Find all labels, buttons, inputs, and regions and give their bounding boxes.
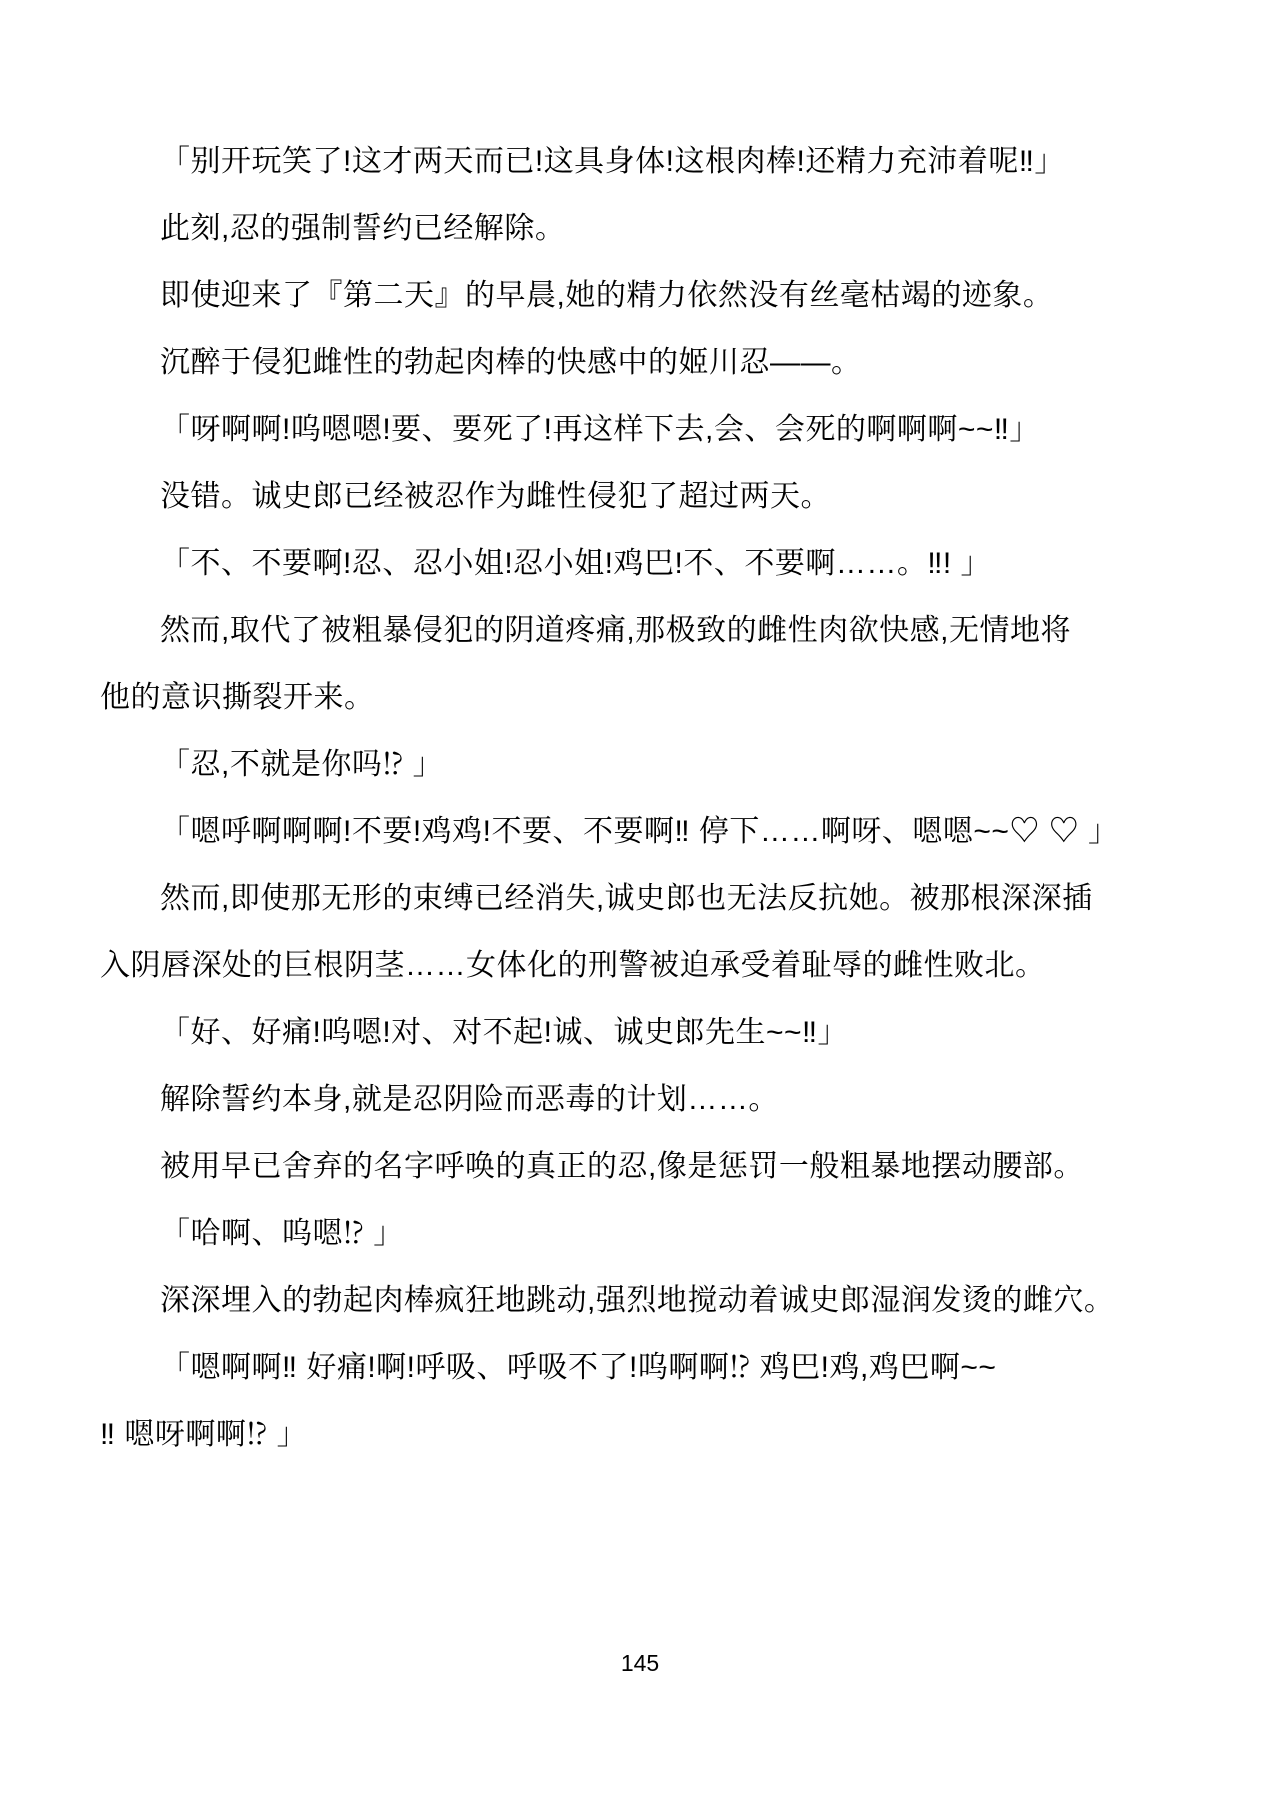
paragraph: 「哈啊、呜嗯⁉ 」 [100,1200,1180,1267]
text-line: 「嗯啊啊‼ 好痛!啊!呼吸、呼吸不了!呜啊啊⁉ 鸡巴!鸡,鸡巴啊~~ [100,1334,1180,1401]
page-body: 「别开玩笑了!这才两天而已!这具身体!这根肉棒!还精力充沛着呢‼」 此刻,忍的强… [100,128,1180,1468]
text-line: 「不、不要啊!忍、忍小姐!忍小姐!鸡巴!不、不要啊……。‼! 」 [100,530,1180,597]
text-line: 他的意识撕裂开来。 [100,664,1180,731]
text-line: 被用早已舍弃的名字呼唤的真正的忍,像是惩罚一般粗暴地摆动腰部。 [100,1133,1180,1200]
paragraph: 「呀啊啊!呜嗯嗯!要、要死了!再这样下去,会、会死的啊啊啊~~‼」 [100,396,1180,463]
text-line: 「忍,不就是你吗⁉ 」 [100,731,1180,798]
paragraph: 此刻,忍的强制誓约已经解除。 [100,195,1180,262]
text-line: 然而,取代了被粗暴侵犯的阴道疼痛,那极致的雌性肉欲快感,无情地将 [100,597,1180,664]
paragraph: 沉醉于侵犯雌性的勃起肉棒的快感中的姬川忍——。 [100,329,1180,396]
text-line: ‼ 嗯呀啊啊⁉ 」 [100,1401,1180,1468]
paragraph: 然而,即使那无形的束缚已经消失,诚史郎也无法反抗她。被那根深深插 入阴唇深处的巨… [100,865,1180,999]
paragraph: 「嗯呼啊啊啊!不要!鸡鸡!不要、不要啊‼ 停下……啊呀、嗯嗯~~♡ ♡ 」 [100,798,1180,865]
text-line: 入阴唇深处的巨根阴茎……女体化的刑警被迫承受着耻辱的雌性败北。 [100,932,1180,999]
paragraph: 「不、不要啊!忍、忍小姐!忍小姐!鸡巴!不、不要啊……。‼! 」 [100,530,1180,597]
text-line: 「别开玩笑了!这才两天而已!这具身体!这根肉棒!还精力充沛着呢‼」 [100,128,1180,195]
text-line: 「哈啊、呜嗯⁉ 」 [100,1200,1180,1267]
text-line: 解除誓约本身,就是忍阴险而恶毒的计划……。 [100,1066,1180,1133]
paragraph: 「忍,不就是你吗⁉ 」 [100,731,1180,798]
paragraph: 深深埋入的勃起肉棒疯狂地跳动,强烈地搅动着诚史郎湿润发烫的雌穴。 [100,1267,1180,1334]
paragraph: 没错。诚史郎已经被忍作为雌性侵犯了超过两天。 [100,463,1180,530]
text-line: 即使迎来了『第二天』的早晨,她的精力依然没有丝毫枯竭的迹象。 [100,262,1180,329]
text-line: 「嗯呼啊啊啊!不要!鸡鸡!不要、不要啊‼ 停下……啊呀、嗯嗯~~♡ ♡ 」 [100,798,1180,865]
paragraph: 然而,取代了被粗暴侵犯的阴道疼痛,那极致的雌性肉欲快感,无情地将 他的意识撕裂开… [100,597,1180,731]
page-number: 145 [0,1648,1280,1678]
text-line: 沉醉于侵犯雌性的勃起肉棒的快感中的姬川忍——。 [100,329,1180,396]
text-line: 此刻,忍的强制誓约已经解除。 [100,195,1180,262]
paragraph: 「嗯啊啊‼ 好痛!啊!呼吸、呼吸不了!呜啊啊⁉ 鸡巴!鸡,鸡巴啊~~ ‼ 嗯呀啊… [100,1334,1180,1468]
paragraph: 即使迎来了『第二天』的早晨,她的精力依然没有丝毫枯竭的迹象。 [100,262,1180,329]
document-page: 「别开玩笑了!这才两天而已!这具身体!这根肉棒!还精力充沛着呢‼」 此刻,忍的强… [0,0,1280,1810]
text-line: 然而,即使那无形的束缚已经消失,诚史郎也无法反抗她。被那根深深插 [100,865,1180,932]
text-line: 「好、好痛!呜嗯!对、对不起!诚、诚史郎先生~~‼」 [100,999,1180,1066]
text-line: 「呀啊啊!呜嗯嗯!要、要死了!再这样下去,会、会死的啊啊啊~~‼」 [100,396,1180,463]
paragraph: 「好、好痛!呜嗯!对、对不起!诚、诚史郎先生~~‼」 [100,999,1180,1066]
paragraph: 解除誓约本身,就是忍阴险而恶毒的计划……。 [100,1066,1180,1133]
paragraph: 被用早已舍弃的名字呼唤的真正的忍,像是惩罚一般粗暴地摆动腰部。 [100,1133,1180,1200]
text-line: 没错。诚史郎已经被忍作为雌性侵犯了超过两天。 [100,463,1180,530]
paragraph: 「别开玩笑了!这才两天而已!这具身体!这根肉棒!还精力充沛着呢‼」 [100,128,1180,195]
text-line: 深深埋入的勃起肉棒疯狂地跳动,强烈地搅动着诚史郎湿润发烫的雌穴。 [100,1267,1180,1334]
